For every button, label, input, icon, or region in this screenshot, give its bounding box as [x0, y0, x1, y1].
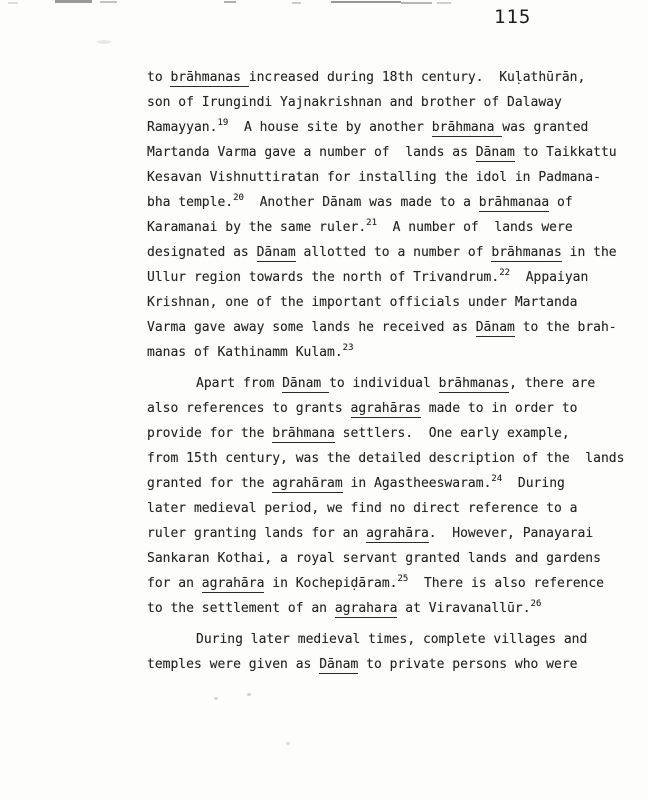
text-run: During later medieval times, complete vi… [196, 632, 587, 647]
scan-artifact [331, 1, 401, 3]
footnote-ref: 20 [233, 193, 244, 203]
text-line: provide for the brāhmana settlers. One e… [147, 421, 627, 446]
text-line: son of Irungindi Yajnakrishnan and broth… [147, 90, 627, 115]
text-run: in Kochepiḍāram. [264, 576, 397, 591]
text-run: Karamanai by the same ruler. [147, 220, 366, 235]
scan-artifact [247, 693, 251, 696]
underlined-term: Dānam [476, 145, 515, 162]
text-line: designated as Dānam allotted to a number… [147, 240, 627, 265]
text-run: ruler granting lands for an [147, 526, 366, 541]
underlined-term: Dānam [476, 320, 515, 337]
scan-artifact [97, 40, 111, 44]
text-line: granted for the agrahāram in Agastheeswa… [147, 471, 627, 496]
underlined-term: agrahara [335, 601, 398, 618]
text-line: manas of Kathinamm Kulam.23 [147, 340, 627, 365]
text-run: Kesavan Vishnuttiratan for installing th… [147, 170, 601, 185]
text-run: Martanda Varma gave a number of lands as [147, 145, 476, 160]
page-number: 115 [494, 6, 531, 28]
text-line: Karamanai by the same ruler.21 A number … [147, 215, 627, 240]
paragraph: Apart from Dānam to individual brāhmanas… [147, 371, 627, 621]
text-run: later medieval period, we find no direct… [147, 501, 577, 516]
text-run: settlers. One early example, [335, 426, 570, 441]
scan-artifact [55, 0, 92, 3]
text-line: for an agrahāra in Kochepiḍāram.25 There… [147, 571, 627, 596]
underlined-term: brāhmanas [491, 245, 561, 262]
underlined-term: agrahāra [366, 526, 429, 543]
footnote-ref: 22 [499, 268, 510, 278]
footnote-ref: 21 [366, 218, 377, 228]
text-line: bha temple.20 Another Dānam was made to … [147, 190, 627, 215]
text-run: to individual [329, 376, 439, 391]
document-body: to brāhmanas increased during 18th centu… [147, 65, 627, 677]
text-run: in Agastheeswaram. [343, 476, 492, 491]
underlined-term: brāhmanaa [479, 195, 549, 212]
footnote-ref: 24 [491, 474, 502, 484]
text-run: to private persons who were [358, 657, 577, 672]
text-run: Ramayyan. [147, 120, 217, 135]
text-run: to Taikkattu [515, 145, 617, 160]
scan-artifact [100, 1, 117, 3]
scan-artifact [8, 2, 18, 4]
text-line: ruler granting lands for an agrahāra. Ho… [147, 521, 627, 546]
text-line: later medieval period, we find no direct… [147, 496, 627, 521]
footnote-ref: 19 [217, 118, 228, 128]
text-line: Ullur region towards the north of Trivan… [147, 265, 627, 290]
scan-artifact [286, 742, 290, 745]
text-run: designated as [147, 245, 257, 260]
text-run: A number of lands were [377, 220, 573, 235]
scan-artifact [292, 2, 301, 4]
text-run: son of Irungindi Yajnakrishnan and broth… [147, 95, 562, 110]
text-line: Kesavan Vishnuttiratan for installing th… [147, 165, 627, 190]
text-line: Varma gave away some lands he received a… [147, 315, 627, 340]
text-run: in the [562, 245, 617, 260]
text-run: granted for the [147, 476, 272, 491]
paragraph: During later medieval times, complete vi… [147, 627, 627, 677]
scan-artifact [437, 2, 451, 4]
text-run: also references to grants [147, 401, 351, 416]
underlined-term: agrahāras [351, 401, 421, 418]
text-run: Another Dānam was made to a [244, 195, 479, 210]
underlined-term: Dānam [282, 376, 329, 393]
scanned-document-page: 115 to brāhmanas increased during 18th c… [0, 0, 648, 800]
scan-artifact [214, 697, 218, 700]
underlined-term: brāhmanas [439, 376, 509, 393]
underlined-term: Dānam [257, 245, 296, 262]
underlined-term: Dānam [319, 657, 358, 674]
text-run: for an [147, 576, 202, 591]
text-run: Varma gave away some lands he received a… [147, 320, 476, 335]
text-run: to the settlement of an [147, 601, 335, 616]
text-run: manas of Kathinamm Kulam. [147, 345, 343, 360]
text-run: , there are [509, 376, 595, 391]
underlined-term: agrahāra [202, 576, 265, 593]
text-run: Apart from [196, 376, 282, 391]
footnote-ref: 25 [397, 574, 408, 584]
text-run: increased during 18th century. Kuḷathūrā… [249, 70, 586, 85]
footnote-ref: 23 [343, 343, 354, 353]
text-line: Ramayyan.19 A house site by another brāh… [147, 115, 627, 140]
text-line: from 15th century, was the detailed desc… [147, 446, 627, 471]
scan-artifact [401, 2, 432, 4]
text-run: A house site by another [228, 120, 432, 135]
text-run: During [502, 476, 565, 491]
text-line: Sankaran Kothai, a royal servant granted… [147, 546, 627, 571]
text-line: Krishnan, one of the important officials… [147, 290, 627, 315]
text-run: allotted to a number of [296, 245, 492, 260]
text-run: bha temple. [147, 195, 233, 210]
text-run: Krishnan, one of the important officials… [147, 295, 577, 310]
text-run: provide for the [147, 426, 272, 441]
underlined-term: brāhmana [272, 426, 335, 443]
paragraph: to brāhmanas increased during 18th centu… [147, 65, 627, 365]
text-run: was granted [502, 120, 588, 135]
text-run: from 15th century, was the detailed desc… [147, 451, 624, 466]
underlined-term: agrahāram [272, 476, 342, 493]
text-line: temples were given as Dānam to private p… [147, 652, 627, 677]
underlined-term: brāhmanas [170, 70, 248, 87]
text-line: Apart from Dānam to individual brāhmanas… [147, 371, 627, 396]
text-run: to the brah- [515, 320, 617, 335]
text-line: to brāhmanas increased during 18th centu… [147, 65, 627, 90]
text-run: of [549, 195, 572, 210]
text-run: Sankaran Kothai, a royal servant granted… [147, 551, 601, 566]
text-run: at Viravanallūr. [397, 601, 530, 616]
underlined-term: brāhmana [432, 120, 502, 137]
scan-artifact [224, 1, 236, 3]
text-run: Appaiyan [510, 270, 588, 285]
text-run: . However, Panayarai [429, 526, 593, 541]
text-line: to the settlement of an agrahara at Vira… [147, 596, 627, 621]
text-run: made to in order to [421, 401, 578, 416]
text-run: There is also reference [408, 576, 604, 591]
text-run: temples were given as [147, 657, 319, 672]
text-run: to [147, 70, 170, 85]
text-line: Martanda Varma gave a number of lands as… [147, 140, 627, 165]
text-run: Ullur region towards the north of Trivan… [147, 270, 499, 285]
footnote-ref: 26 [531, 599, 542, 609]
text-line: also references to grants agrahāras made… [147, 396, 627, 421]
text-line: During later medieval times, complete vi… [147, 627, 627, 652]
